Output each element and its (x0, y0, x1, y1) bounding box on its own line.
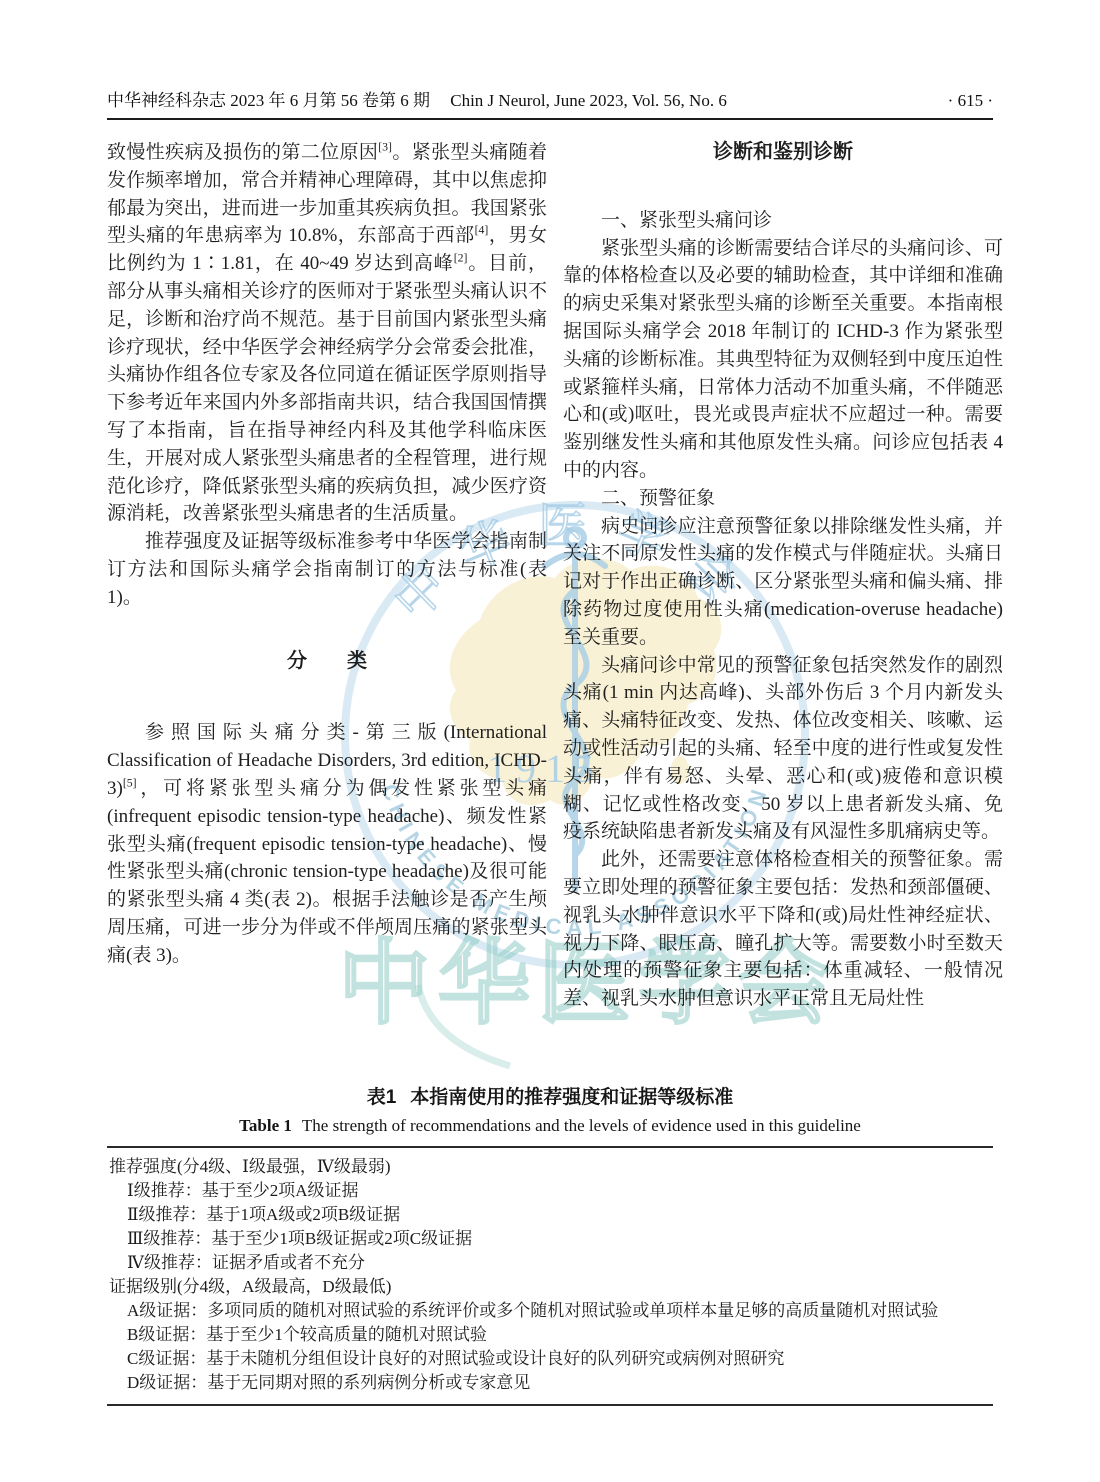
table-row: Ⅱ级推荐：基于1项A级或2项B级证据 (107, 1203, 993, 1227)
table-row: C级证据：基于未随机分组但设计良好的对照试验或设计良好的队列研究或病例对照研究 (107, 1347, 993, 1371)
subsection-title-warning-signs: 二、预警征象 (563, 485, 1003, 513)
table-row: D级证据：基于无同期对照的系列病例分析或专家意见 (107, 1371, 993, 1395)
reference-superscript: [5] (123, 777, 137, 790)
reference-superscript: [4] (475, 224, 489, 237)
journal-title-cn: 中华神经科杂志 2023 年 6 月第 56 卷第 6 期 (107, 91, 430, 110)
section-heading-classification: 分 类 (107, 648, 547, 676)
section-heading-diagnosis: 诊断和鉴别诊断 (563, 139, 1003, 167)
table-row: Ⅳ级推荐：证据矛盾或者不充分 (107, 1251, 993, 1275)
paragraph-recommendation-standard: 推荐强度及证据等级标准参考中华医学会指南制订方法和国际头痛学会指南制订的方法与标… (107, 528, 547, 611)
table-row: A级证据：多项同质的随机对照试验的系统评价或多个随机对照试验或单项样本量足够的高… (107, 1299, 993, 1323)
table-label-en: Table 1 (239, 1116, 292, 1135)
table-1: 表1本指南使用的推荐强度和证据等级标准 Table 1The strength … (107, 1074, 993, 1406)
second-seal-arc (418, 985, 510, 1066)
subsection-title-inquiry: 一、紧张型头痛问诊 (563, 207, 1003, 235)
paragraph-classification: 参照国际头痛分类-第三版(International Classificatio… (107, 719, 547, 969)
table-title-text-en: The strength of recommendations and the … (302, 1116, 861, 1135)
table-row: Ⅰ级推荐：基于至少2项A级证据 (107, 1179, 993, 1203)
table-title-en: Table 1The strength of recommendations a… (107, 1116, 993, 1136)
table-row: 证据级别(分4级，A级最高，D级最低) (107, 1275, 993, 1299)
table-label-cn: 表1 (367, 1087, 397, 1108)
table-title-text-cn: 本指南使用的推荐强度和证据等级标准 (410, 1087, 733, 1108)
reference-superscript: [2] (454, 252, 468, 265)
reference-superscript: [3] (378, 141, 392, 154)
table-body: 推荐强度(分4级、Ⅰ级最强，Ⅳ级最弱) Ⅰ级推荐：基于至少2项A级证据 Ⅱ级推荐… (107, 1146, 993, 1406)
page-header: 中华神经科杂志 2023 年 6 月第 56 卷第 6 期 Chin J Neu… (107, 86, 993, 120)
journal-citation: 中华神经科杂志 2023 年 6 月第 56 卷第 6 期 Chin J Neu… (107, 86, 727, 111)
journal-page: 中华医学会 1915 CHINESE MEDICAL ASSOCIATION 中… (0, 0, 1100, 1482)
table-title-cn: 表1本指南使用的推荐强度和证据等级标准 (107, 1082, 993, 1109)
left-column: 致慢性疾病及损伤的第二位原因[3]。紧张型头痛随着发作频率增加，常合并精神心理障… (107, 139, 547, 970)
paragraph-introduction: 致慢性疾病及损伤的第二位原因[3]。紧张型头痛随着发作频率增加，常合并精神心理障… (107, 139, 547, 528)
paragraph-text: ，可将紧张型头痛分为偶发性紧张型头痛(infrequent episodic t… (107, 778, 547, 966)
table-row: 推荐强度(分4级、Ⅰ级最强，Ⅳ级最弱) (107, 1155, 993, 1179)
paragraph-inquiry: 紧张型头痛的诊断需要结合详尽的头痛问诊、可靠的体格检查以及必要的辅助检查，其中详… (563, 235, 1003, 485)
paragraph-warning-list: 头痛问诊中常见的预警征象包括突然发作的剧烈头痛(1 min 内达高峰)、头部外伤… (563, 652, 1003, 847)
paragraph-text: 致慢性疾病及损伤的第二位原因 (107, 142, 378, 163)
paragraph-text: 。目前，部分从事头痛相关诊疗的医师对于紧张型头痛认识不足，诊断和治疗尚不规范。基… (107, 253, 547, 524)
table-row: Ⅲ级推荐：基于至少1项B级证据或2项C级证据 (107, 1227, 993, 1251)
table-row: B级证据：基于至少1个较高质量的随机对照试验 (107, 1323, 993, 1347)
journal-title-en: Chin J Neurol, June 2023, Vol. 56, No. 6 (450, 91, 727, 110)
paragraph-warning-history: 病史问诊应注意预警征象以排除继发性头痛，并关注不同原发性头痛的发作模式与伴随症状… (563, 513, 1003, 652)
paragraph-physical-exam-warning: 此外，还需要注意体格检查相关的预警征象。需要立即处理的预警征象主要包括：发热和颈… (563, 846, 1003, 1013)
right-column: 诊断和鉴别诊断 一、紧张型头痛问诊 紧张型头痛的诊断需要结合详尽的头痛问诊、可靠… (563, 139, 1003, 1013)
page-number: · 615 · (948, 91, 993, 111)
